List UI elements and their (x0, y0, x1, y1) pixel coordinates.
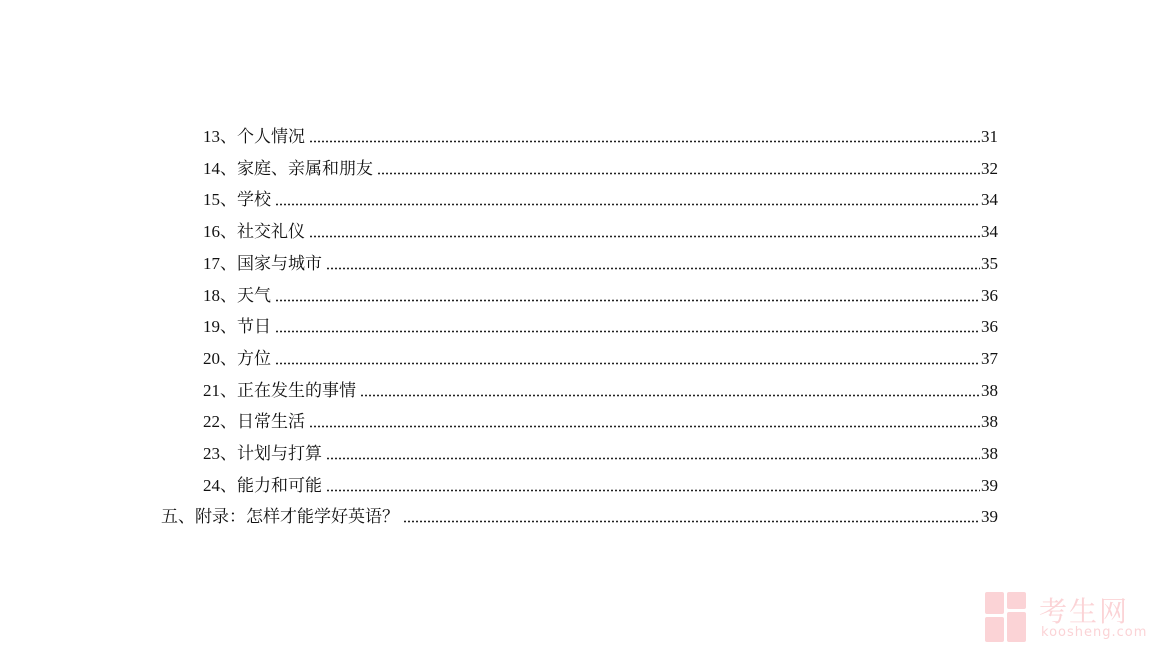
leader-dots (309, 140, 980, 143)
entry-page: 32 (980, 159, 998, 179)
entry-number: 五 (161, 507, 178, 527)
entry-number: 23 (203, 444, 220, 463)
entry-separator: 、 (178, 507, 195, 527)
leader-dots (275, 330, 980, 333)
entry-number: 21 (203, 381, 220, 400)
entry-title: 计划与打算 (237, 444, 322, 464)
entry-number: 19 (203, 317, 220, 336)
toc-entry[interactable]: 24、能力和可能 39 (203, 468, 998, 496)
entry-title: 附录：怎样才能学好英语？ (195, 507, 399, 527)
entry-title: 正在发生的事情 (237, 381, 356, 401)
entry-page: 37 (980, 349, 998, 369)
watermark-en-text: koosheng.com (1041, 625, 1147, 640)
entry-number: 13 (203, 127, 220, 146)
entry-title: 社交礼仪 (237, 222, 305, 242)
toc-entry[interactable]: 22、日常生活 38 (203, 404, 998, 432)
entry-number: 24 (203, 476, 220, 495)
entry-page: 31 (980, 127, 998, 147)
leader-dots (360, 394, 980, 397)
toc-entry[interactable]: 20、方位 37 (203, 341, 998, 369)
entry-separator: 、 (220, 190, 237, 210)
entry-title: 天气 (237, 286, 271, 306)
entry-number: 14 (203, 159, 220, 178)
entry-separator: 、 (220, 127, 237, 147)
entry-number: 20 (203, 349, 220, 368)
entry-number: 15 (203, 190, 220, 209)
toc-entry[interactable]: 23、计划与打算 38 (203, 436, 998, 464)
toc-entry[interactable]: 19、节日 36 (203, 309, 998, 337)
leader-dots (403, 520, 980, 523)
koosheng-logo-icon (985, 592, 1027, 642)
entry-page: 39 (980, 507, 998, 527)
leader-dots (377, 172, 980, 175)
toc-entry[interactable]: 18、天气 36 (203, 278, 998, 306)
entry-page: 34 (980, 222, 998, 242)
leader-dots (309, 235, 980, 238)
entry-title: 个人情况 (237, 127, 305, 147)
entry-title: 国家与城市 (237, 254, 322, 274)
entry-title: 能力和可能 (237, 476, 322, 496)
watermark-cn-text: 考生网 (1039, 590, 1129, 630)
leader-dots (309, 425, 980, 428)
toc-entry[interactable]: 15、学校 34 (203, 182, 998, 210)
entry-title: 日常生活 (237, 412, 305, 432)
entry-separator: 、 (220, 412, 237, 432)
entry-separator: 、 (220, 317, 237, 337)
watermark: 考生网 koosheng.com (985, 592, 1155, 647)
entry-number: 17 (203, 254, 220, 273)
entry-page: 38 (980, 381, 998, 401)
entry-title: 家庭、亲属和朋友 (237, 159, 373, 179)
entry-separator: 、 (220, 349, 237, 369)
entry-separator: 、 (220, 286, 237, 306)
entry-page: 38 (980, 444, 998, 464)
entry-page: 36 (980, 286, 998, 306)
entry-page: 35 (980, 254, 998, 274)
entry-number: 18 (203, 286, 220, 305)
entry-title: 学校 (237, 190, 271, 210)
entry-page: 34 (980, 190, 998, 210)
entry-title: 方位 (237, 349, 271, 369)
entry-separator: 、 (220, 222, 237, 242)
entry-number: 16 (203, 222, 220, 241)
leader-dots (275, 203, 980, 206)
entry-separator: 、 (220, 254, 237, 274)
leader-dots (326, 489, 980, 492)
entry-separator: 、 (220, 381, 237, 401)
entry-title: 节日 (237, 317, 271, 337)
toc-entry[interactable]: 21、正在发生的事情 38 (203, 373, 998, 401)
leader-dots (326, 457, 980, 460)
entry-separator: 、 (220, 159, 237, 179)
entry-number: 22 (203, 412, 220, 431)
leader-dots (326, 267, 980, 270)
leader-dots (275, 362, 980, 365)
entry-page: 38 (980, 412, 998, 432)
toc-entry[interactable]: 14、家庭、亲属和朋友 32 (203, 151, 998, 179)
entry-page: 36 (980, 317, 998, 337)
toc-entry[interactable]: 17、国家与城市 35 (203, 246, 998, 274)
entry-separator: 、 (220, 476, 237, 496)
toc-entry-appendix[interactable]: 五、附录：怎样才能学好英语？ 39 (161, 499, 998, 527)
toc-entry[interactable]: 13、个人情况 31 (203, 119, 998, 147)
toc-entry[interactable]: 16、社交礼仪 34 (203, 214, 998, 242)
entry-separator: 、 (220, 444, 237, 464)
entry-page: 39 (980, 476, 998, 496)
leader-dots (275, 299, 980, 302)
